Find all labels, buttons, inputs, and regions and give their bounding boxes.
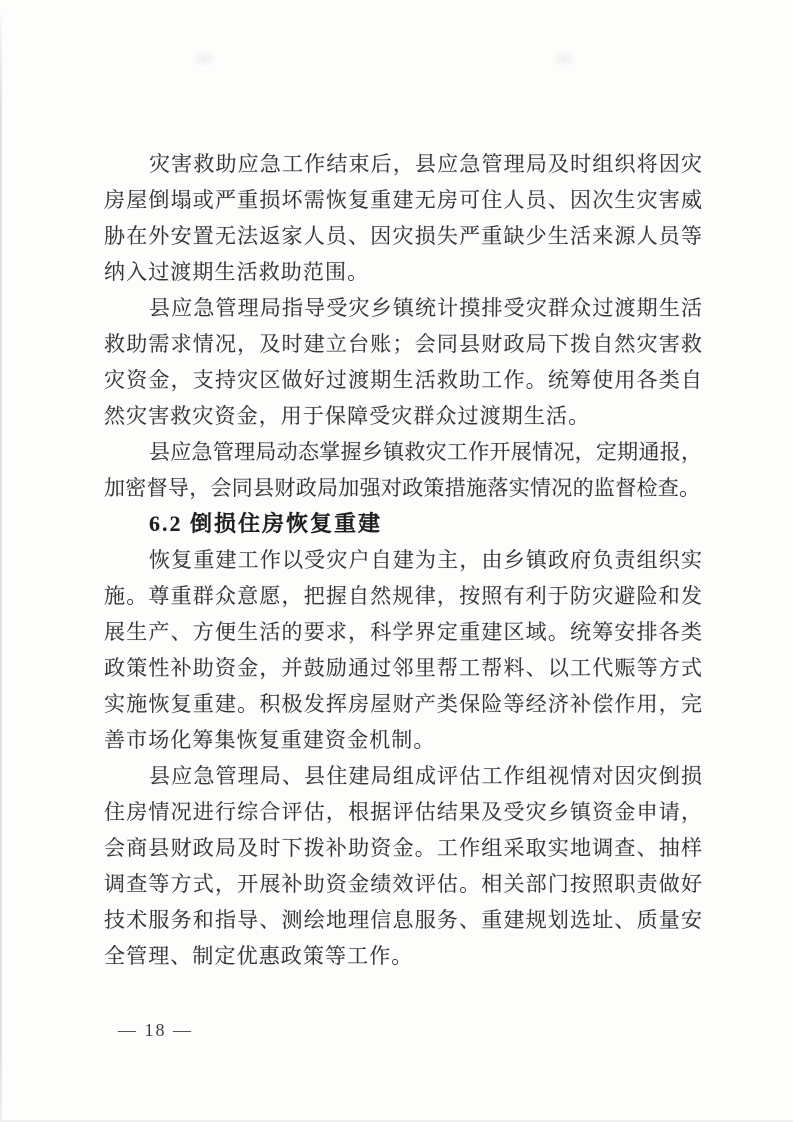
- text-line: 救助需求情况，及时建立台账；会同县财政局下拨自然灾害救: [104, 326, 702, 362]
- text-line: 房屋倒塌或严重损坏需恢复重建无房可住人员、因次生灾害威: [104, 182, 702, 218]
- text-line: 调查等方式，开展补助资金绩效评估。相关部门按照职责做好: [104, 866, 702, 902]
- text-line: 政策性补助资金，并鼓励通过邻里帮工帮料、以工代赈等方式: [104, 650, 702, 686]
- text-line: 灾资金，支持灾区做好过渡期生活救助工作。统筹使用各类自: [104, 362, 702, 398]
- page-footer: — 18 —: [118, 1020, 193, 1041]
- text-line: 县应急管理局指导受灾乡镇统计摸排受灾群众过渡期生活: [104, 290, 702, 326]
- text-line: 灾害救助应急工作结束后，县应急管理局及时组织将因灾: [104, 146, 702, 182]
- document-page: 灾害救助应急工作结束后，县应急管理局及时组织将因灾 房屋倒塌或严重损坏需恢复重建…: [0, 0, 793, 1122]
- text-line: 住房情况进行综合评估，根据评估结果及受灾乡镇资金申请，: [104, 794, 702, 830]
- scan-edge-left: [0, 14, 2, 1122]
- text-line: 恢复重建工作以受灾户自建为主，由乡镇政府负责组织实: [104, 542, 702, 578]
- scan-smudge: [190, 50, 218, 68]
- text-line: 加密督导，会同县财政局加强对政策措施落实情况的监督检查。: [104, 470, 702, 506]
- text-line: 胁在外安置无法返家人员、因灾损失严重缺少生活来源人员等: [104, 218, 702, 254]
- text-line: 施。尊重群众意愿，把握自然规律，按照有利于防灾避险和发: [104, 578, 702, 614]
- text-line: 展生产、方便生活的要求，科学界定重建区域。统筹安排各类: [104, 614, 702, 650]
- text-line: 县应急管理局动态掌握乡镇救灾工作开展情况，定期通报，: [104, 434, 702, 470]
- text-line: 全管理、制定优惠政策等工作。: [104, 938, 702, 974]
- text-line: 会商县财政局及时下拨补助资金。工作组采取实地调查、抽样: [104, 830, 702, 866]
- paragraph: 恢复重建工作以受灾户自建为主，由乡镇政府负责组织实 施。尊重群众意愿，把握自然规…: [104, 542, 702, 758]
- text-line: 纳入过渡期生活救助范围。: [104, 254, 702, 290]
- scan-smudge: [550, 50, 578, 68]
- paragraph: 县应急管理局动态掌握乡镇救灾工作开展情况，定期通报， 加密督导，会同县财政局加强…: [104, 434, 702, 506]
- section-heading: 6.2 倒损住房恢复重建: [104, 506, 702, 542]
- paragraph: 县应急管理局、县住建局组成评估工作组视情对因灾倒损 住房情况进行综合评估，根据评…: [104, 758, 702, 974]
- page-number: — 18 —: [118, 1020, 193, 1040]
- text-line: 实施恢复重建。积极发挥房屋财产类保险等经济补偿作用，完: [104, 686, 702, 722]
- paragraph: 县应急管理局指导受灾乡镇统计摸排受灾群众过渡期生活 救助需求情况，及时建立台账；…: [104, 290, 702, 434]
- document-body: 灾害救助应急工作结束后，县应急管理局及时组织将因灾 房屋倒塌或严重损坏需恢复重建…: [104, 146, 702, 974]
- text-line: 县应急管理局、县住建局组成评估工作组视情对因灾倒损: [104, 758, 702, 794]
- text-line: 善市场化筹集恢复重建资金机制。: [104, 722, 702, 758]
- paragraph: 灾害救助应急工作结束后，县应急管理局及时组织将因灾 房屋倒塌或严重损坏需恢复重建…: [104, 146, 702, 290]
- text-line: 技术服务和指导、测绘地理信息服务、重建规划选址、质量安: [104, 902, 702, 938]
- text-line: 然灾害救灾资金，用于保障受灾群众过渡期生活。: [104, 398, 702, 434]
